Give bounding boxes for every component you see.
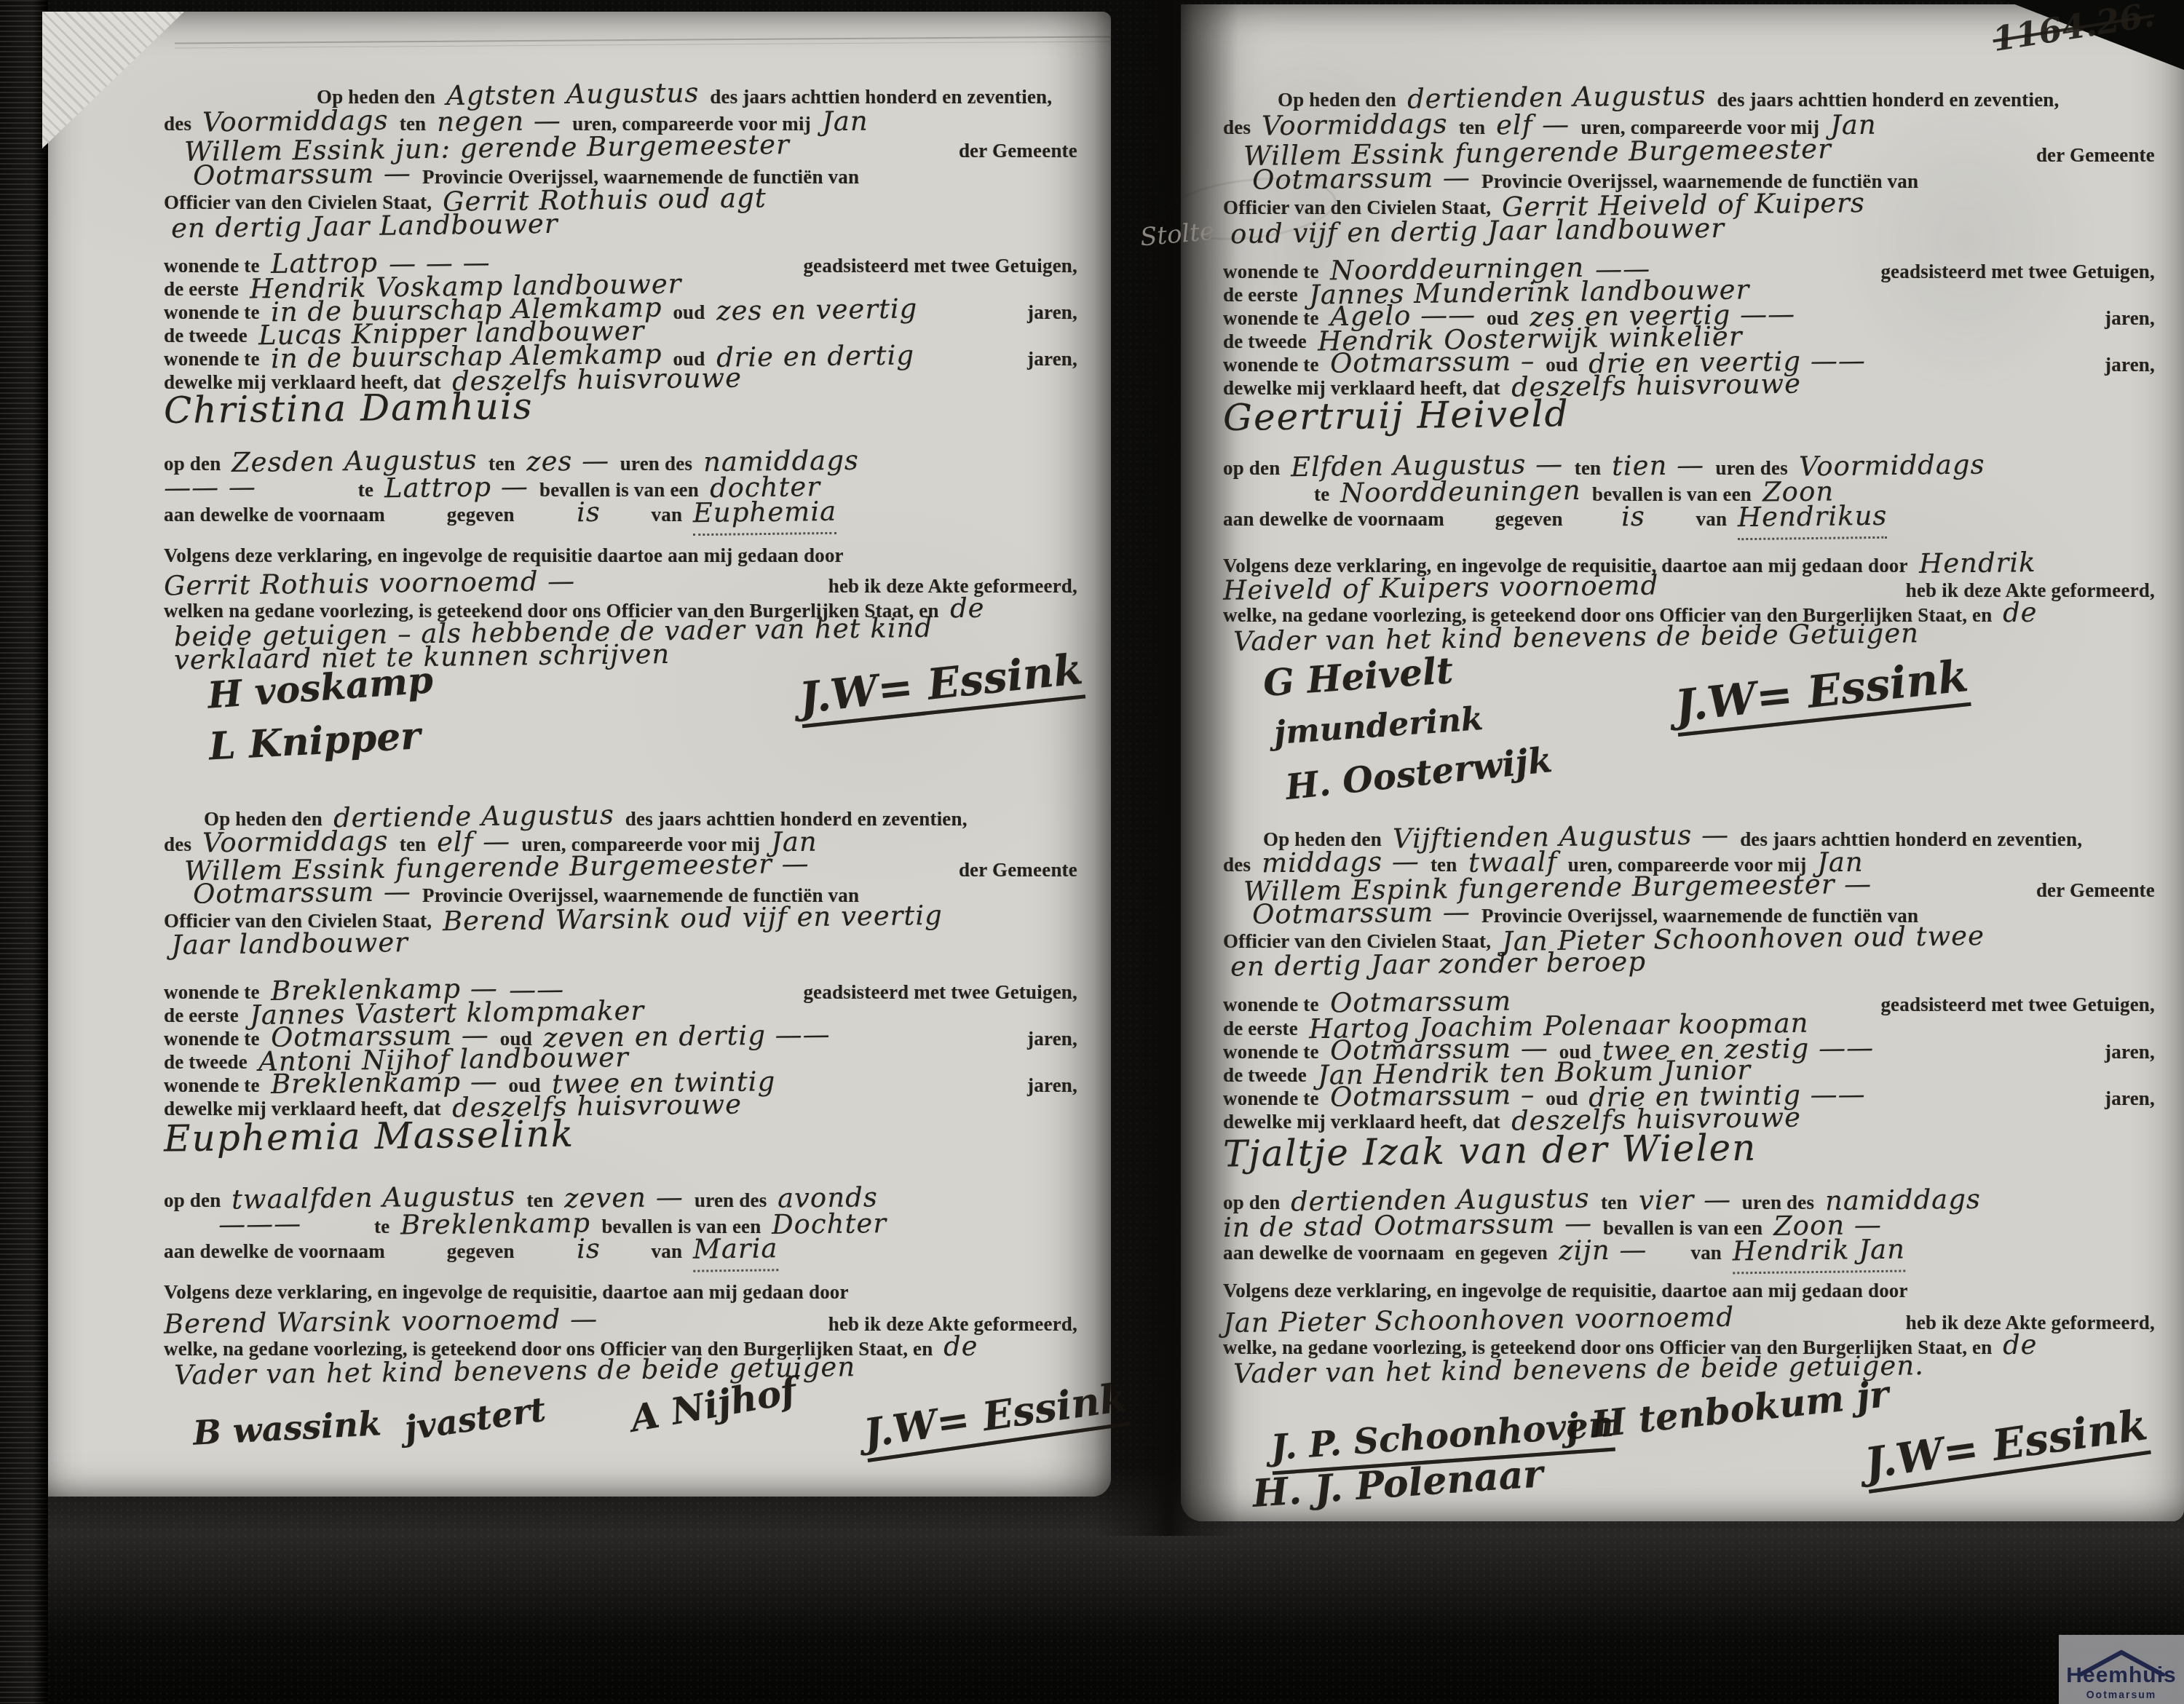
watermark-title: Heemhuis: [2066, 1665, 2176, 1687]
signature: jvastert: [402, 1390, 548, 1449]
signature: J.W= Essink: [1861, 1400, 2151, 1489]
act-line: en dertig Jaar zonder beroep: [1223, 948, 2155, 980]
signature: B wassink: [192, 1403, 382, 1452]
printed-text: Volgens deze verklaring, en ingevolge de…: [1223, 1280, 1908, 1302]
handwritten-text: Jaar landbouwer: [171, 927, 408, 961]
printed-text: aan dewelke de voornaam: [1223, 1242, 1444, 1264]
act-line: Volgens deze verklaring, en ingevolge de…: [1223, 1280, 2155, 1302]
act-line: Vader van het kind benevens de beide get…: [1223, 1354, 2155, 1385]
act-line: Tjaltje Izak van der Wielen: [1223, 1130, 2155, 1172]
handwritten-text: Hendrik Jan: [1733, 1234, 1906, 1275]
birth-act-2: Op heden dendertiende Augustusdes jaars …: [164, 0, 1077, 1704]
handwritten-text: Euphemia Masselink: [164, 1113, 575, 1160]
acts-layer: Op heden denAgtsten Augustusdes jaars ac…: [0, 0, 2184, 1704]
handwritten-text: Maria: [693, 1232, 778, 1272]
printed-text: gegeven: [447, 1240, 515, 1263]
register-scan: Op heden denAgtsten Augustusdes jaars ac…: [0, 0, 2184, 1704]
printed-text: Volgens deze verklaring, en ingevolge de…: [164, 1281, 849, 1304]
act-line: aan dewelke de voornaamen gegevenzijn —v…: [1223, 1235, 2155, 1273]
act-line: Volgens deze verklaring, en ingevolge de…: [164, 1281, 1077, 1304]
printed-text: van: [1690, 1242, 1722, 1264]
printed-text: van: [652, 1240, 683, 1263]
watermark-subtitle: Ootmarsum: [2086, 1689, 2157, 1700]
birth-act-4: Op heden denVijftienden Augustus —des ja…: [1223, 0, 2155, 1704]
act-line: Euphemia Masselink: [164, 1115, 1077, 1157]
act-line: aan dewelke de voornaamgegevenisvanMaria: [164, 1233, 1077, 1272]
act-line: Jaar landbouwer: [164, 928, 1077, 959]
handwritten-text: en dertig Jaar zonder beroep: [1230, 946, 1647, 983]
printed-text: aan dewelke de voornaam: [164, 1240, 385, 1263]
act-line: Vader van het kind benevens de beide get…: [164, 1355, 1077, 1387]
printed-text: en gegeven: [1455, 1242, 1548, 1264]
archive-watermark: Heemhuis Ootmarsum: [2059, 1635, 2184, 1704]
handwritten-text: Tjaltje Izak van der Wielen: [1223, 1127, 1757, 1176]
handwritten-text: is: [576, 1233, 600, 1264]
handwritten-text: zijn —: [1559, 1234, 1647, 1266]
